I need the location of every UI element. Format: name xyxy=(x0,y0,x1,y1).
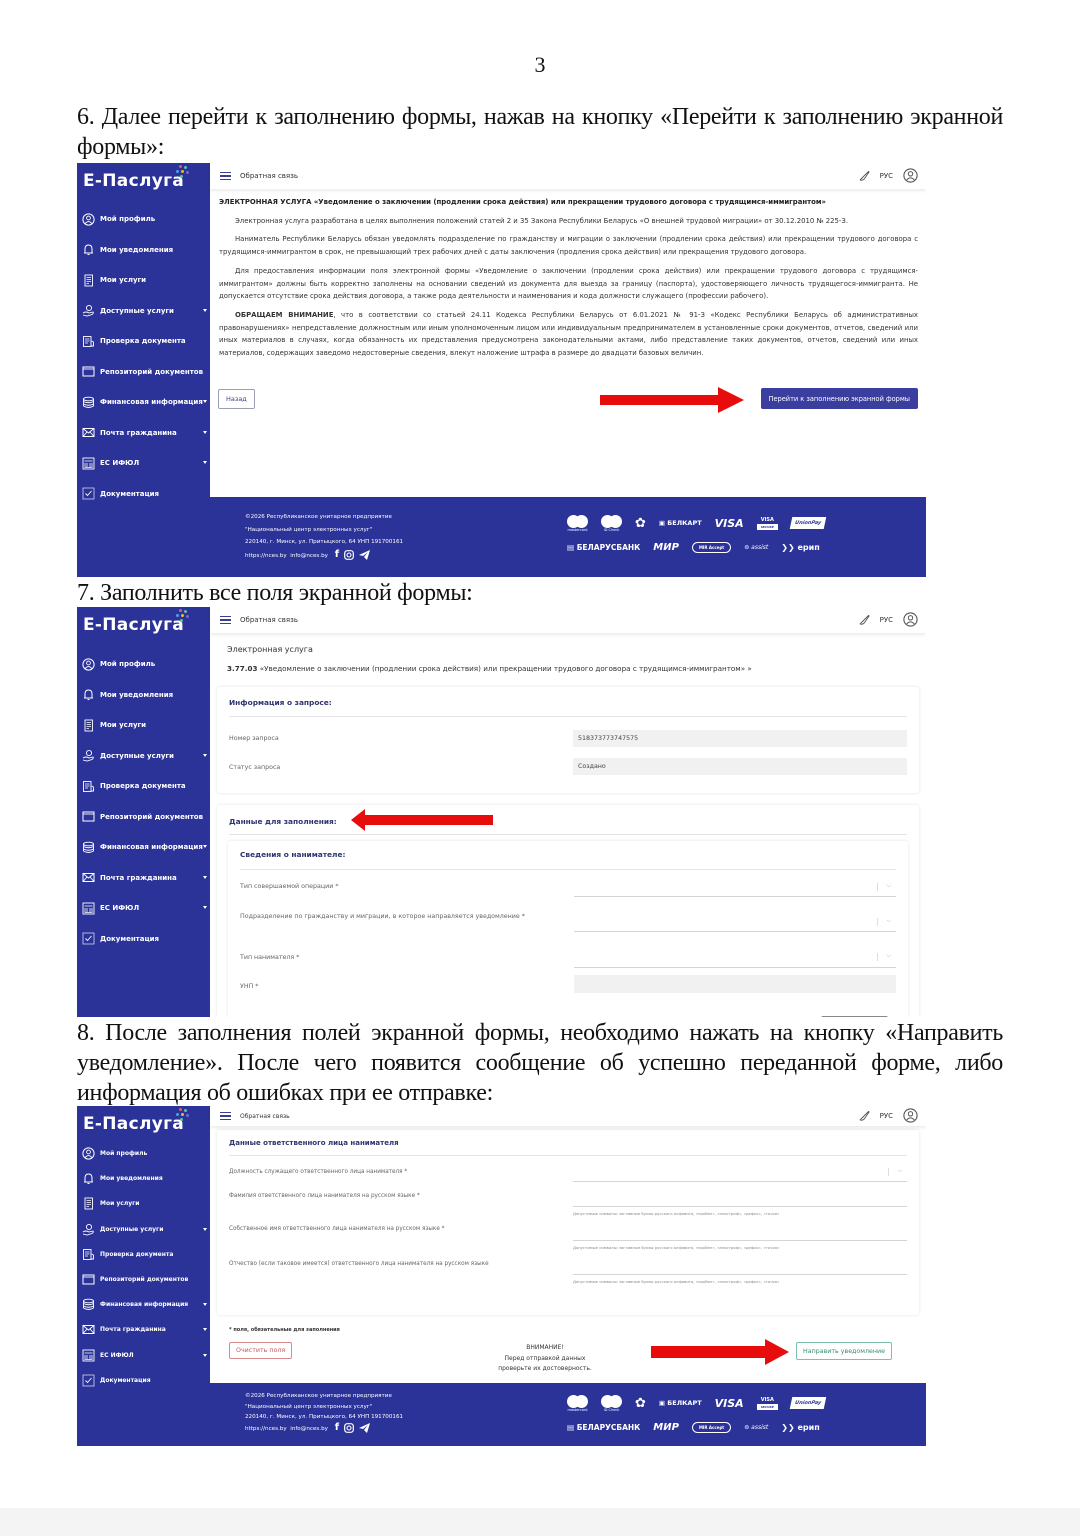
page-number: 3 xyxy=(0,52,1080,78)
sidebar-item-4[interactable]: Доступные услуги xyxy=(77,296,210,327)
sidebar-item-label: Мои уведомления xyxy=(100,691,173,699)
assist-logo: ⊜ assist xyxy=(744,544,768,551)
field-label: Подразделение по гражданству и миграции,… xyxy=(240,911,530,923)
sidebar-item-label: Доступные услуги xyxy=(100,752,174,760)
footer-org: ©2026 Республиканское унитарное предприя… xyxy=(245,1391,403,1402)
checkbox-icon xyxy=(82,1374,95,1387)
field-label: Тип нанимателя * xyxy=(240,952,299,964)
document-check-icon xyxy=(82,335,95,348)
mail-icon xyxy=(82,871,95,884)
logo[interactable]: Е-Паслуга xyxy=(83,615,184,635)
belkart-logo: ▣ БЕЛКАРТ xyxy=(659,1399,702,1407)
sidebar-item-label: Мои уведомления xyxy=(100,1175,163,1182)
employer-type-select[interactable] xyxy=(574,967,896,968)
field-label: Должность служащего ответственного лица … xyxy=(229,1166,407,1178)
language-switch[interactable]: РУС xyxy=(880,172,893,180)
sidebar-item-label: Мои услуги xyxy=(100,1200,140,1207)
fill-data-card: Данные для заполнения: Сведения о нанима… xyxy=(217,805,919,1017)
footer-email-link[interactable]: info@nces.by xyxy=(290,552,328,558)
sidebar-item-2[interactable]: Мои уведомления xyxy=(77,235,210,266)
footer-org-name: "Национальный центр электронных услуг" xyxy=(245,1402,403,1413)
mastercard-idcheck-logo: ID Check xyxy=(601,515,622,532)
main-content: Данные ответственного лица нанимателя До… xyxy=(210,1126,926,1383)
sidebar-item-1[interactable]: Мой профиль xyxy=(77,1141,210,1166)
sidebar-nav: Мой профильМои уведомленияМои услугиДост… xyxy=(77,1141,210,1393)
sidebar-item-label: ЕС ИФЮЛ xyxy=(100,1352,134,1359)
sidebar-nav: Мой профильМои уведомленияМои услугиДост… xyxy=(77,204,210,509)
hand-services-icon xyxy=(82,304,95,317)
accessibility-brush-icon[interactable] xyxy=(858,614,870,626)
chevron-down-icon[interactable]: ⌵ xyxy=(886,882,891,890)
caret-down-icon xyxy=(203,400,207,403)
field-label: УНП * xyxy=(240,981,258,993)
visa-logo: VISA xyxy=(715,1397,744,1410)
telegram-icon[interactable] xyxy=(359,1423,370,1433)
sidebar-item-label: Репозиторий документов xyxy=(100,1276,188,1283)
clear-request-button[interactable]: Очистить запрос xyxy=(821,1016,888,1017)
sidebar: Е-Паслуга Мой профильМои уведомленияМои … xyxy=(77,163,210,577)
registry-icon xyxy=(82,902,95,915)
caret-down-icon xyxy=(203,431,207,434)
caret-down-icon xyxy=(203,906,207,909)
belarusbank-logo: ▤ БЕЛАРУСБАНК xyxy=(567,1423,640,1432)
logo-dots-icon xyxy=(176,609,190,623)
unionpay-logo: UnionPay xyxy=(790,1397,827,1409)
hand-services-icon xyxy=(82,1223,95,1236)
sidebar-item-label: ЕС ИФЮЛ xyxy=(100,459,139,467)
screenshot-send: Е-Паслуга Мой профильМои уведомленияМои … xyxy=(77,1106,926,1446)
user-circle-icon xyxy=(82,1147,95,1160)
annotation-arrow-icon xyxy=(600,387,744,413)
chevron-down-icon[interactable]: ⌵ xyxy=(897,1167,902,1175)
belarusbank-logo: ▤ БЕЛАРУСБАНК xyxy=(567,543,640,552)
service-paragraph: Наниматель Республики Беларусь обязан ув… xyxy=(219,233,918,258)
step-8-text: 8. После заполнения полей экранной формы… xyxy=(77,1018,1003,1108)
sidebar-item-3[interactable]: Мои услуги xyxy=(77,710,210,741)
logo-dots-icon xyxy=(176,165,190,179)
mir-logo: МИР xyxy=(653,542,679,553)
sidebar-item-5[interactable]: Проверка документа xyxy=(77,771,210,802)
back-button[interactable]: Назад xyxy=(218,389,255,409)
sidebar-item-10[interactable]: Документация xyxy=(77,1368,210,1393)
user-account-icon[interactable] xyxy=(903,612,918,627)
sidebar-item-5[interactable]: Проверка документа xyxy=(77,1242,210,1267)
checkbox-icon xyxy=(82,932,95,945)
footer-info: ©2026 Республиканское унитарное предприя… xyxy=(245,511,403,562)
accessibility-brush-icon[interactable] xyxy=(858,170,870,182)
chevron-down-icon[interactable]: ⌵ xyxy=(886,917,891,925)
document-list-icon xyxy=(82,1197,95,1210)
sidebar-item-label: Мои услуги xyxy=(100,276,146,284)
sidebar-item-label: Почта гражданина xyxy=(100,429,177,437)
user-account-icon[interactable] xyxy=(903,1108,918,1123)
language-switch[interactable]: РУС xyxy=(880,616,893,624)
document-check-icon xyxy=(82,1248,95,1261)
sidebar-item-label: Почта гражданина xyxy=(100,1326,166,1333)
warning-text: проверьте их достоверность. xyxy=(480,1364,610,1375)
sidebar-item-7[interactable]: Финансовая информация xyxy=(77,832,210,863)
sidebar-item-label: Документация xyxy=(100,490,159,498)
sidebar-item-9[interactable]: ЕС ИФЮЛ xyxy=(77,1343,210,1368)
field-label: Тип совершаемой операции * xyxy=(240,881,338,893)
service-code: 3.77.03 xyxy=(227,664,257,673)
sidebar-item-3[interactable]: Мои услуги xyxy=(77,265,210,296)
service-name: «Уведомление о заключении (продлении сро… xyxy=(257,664,751,673)
caret-down-icon xyxy=(203,1228,207,1231)
chevron-down-icon[interactable]: ⌵ xyxy=(886,952,891,960)
eservice-title: 3.77.03 «Уведомление о заключении (продл… xyxy=(227,664,752,673)
screenshot-form: Е-Паслуга Мой профильМои уведомленияМои … xyxy=(77,607,926,1017)
belkart-logo: ▣ БЕЛКАРТ xyxy=(659,519,702,527)
bell-icon xyxy=(82,688,95,701)
sidebar-item-label: Документация xyxy=(100,935,159,943)
caret-down-icon xyxy=(203,845,207,848)
sidebar-item-6[interactable]: Репозиторий документов xyxy=(77,1267,210,1292)
card-title: Информация о запросе: xyxy=(229,698,332,707)
employer-card: Сведения о нанимателе: Тип совершаемой о… xyxy=(228,841,908,1017)
topbar: Обратная связь РУС xyxy=(210,163,926,189)
logo[interactable]: Е-Паслуга xyxy=(83,171,184,191)
main-content: Электронная услуга 3.77.03 «Уведомление … xyxy=(210,633,926,1017)
sidebar-nav: Мой профильМои уведомленияМои услугиДост… xyxy=(77,649,210,954)
first-name-input[interactable] xyxy=(573,1240,907,1241)
window-icon xyxy=(82,365,95,378)
operation-type-select[interactable] xyxy=(574,896,896,897)
sidebar-item-1[interactable]: Мой профиль xyxy=(77,649,210,680)
send-notification-button[interactable]: Направить уведомление xyxy=(796,1342,892,1360)
screenshot-service-info: Е-Паслуга Мой профильМои уведомленияМои … xyxy=(77,163,926,577)
sidebar-item-label: Финансовая информация xyxy=(100,1301,188,1308)
step-6-text: 6. Далее перейти к заполнению формы, наж… xyxy=(77,102,1003,162)
request-number-field: 518373773747575 xyxy=(573,730,907,747)
sidebar-item-9[interactable]: ЕС ИФЮЛ xyxy=(77,448,210,479)
mail-icon xyxy=(82,426,95,439)
field-label: Номер запроса xyxy=(229,733,279,745)
database-icon xyxy=(82,1298,95,1311)
sidebar-item-label: Мои уведомления xyxy=(100,246,173,254)
hand-services-icon xyxy=(82,749,95,762)
sidebar-item-10[interactable]: Документация xyxy=(77,479,210,510)
caret-down-icon xyxy=(203,754,207,757)
sidebar-item-3[interactable]: Мои услуги xyxy=(77,1191,210,1216)
database-icon xyxy=(82,396,95,409)
sidebar-item-8[interactable]: Почта гражданина xyxy=(77,418,210,449)
facebook-icon[interactable]: f xyxy=(335,1423,339,1434)
field-label: Отчество (если таковое имеется) ответств… xyxy=(229,1258,549,1270)
sidebar-item-10[interactable]: Документация xyxy=(77,924,210,955)
mastercard-logo: mastercard xyxy=(567,1395,588,1412)
required-fields-note: * поля, обязательные для заполнения xyxy=(229,1327,340,1333)
footer: ©2026 Республиканское унитарное предприя… xyxy=(210,497,926,577)
migration-unit-select[interactable] xyxy=(574,931,896,932)
sidebar-item-5[interactable]: Проверка документа xyxy=(77,326,210,357)
sidebar-item-label: Мои услуги xyxy=(100,721,146,729)
annotation-arrow-icon xyxy=(651,1339,789,1365)
warning-message: ВНИМАНИЕ! Перед отправкой данных проверь… xyxy=(480,1343,610,1375)
mir-accept-logo: MIR Accept xyxy=(692,542,731,553)
sidebar-item-label: Репозиторий документов xyxy=(100,368,203,376)
position-select[interactable] xyxy=(573,1181,907,1182)
user-circle-icon xyxy=(82,213,95,226)
sidebar-item-label: ЕС ИФЮЛ xyxy=(100,904,139,912)
surname-input[interactable] xyxy=(573,1206,907,1207)
sidebar-item-8[interactable]: Почта гражданина xyxy=(77,1317,210,1342)
sidebar-item-label: Доступные услуги xyxy=(100,1226,163,1233)
user-account-icon[interactable] xyxy=(903,168,918,183)
menu-icon[interactable] xyxy=(220,1112,231,1120)
service-heading: ЭЛЕКТРОННАЯ УСЛУГА «Уведомление о заключ… xyxy=(219,196,918,209)
sidebar-item-4[interactable]: Доступные услуги xyxy=(77,1217,210,1242)
caret-down-icon xyxy=(203,876,207,879)
attention-label: ОБРАЩАЕМ ВНИМАНИЕ xyxy=(235,311,333,319)
assist-logo: ⊜ assist xyxy=(744,1424,768,1431)
sidebar-item-7[interactable]: Финансовая информация xyxy=(77,387,210,418)
field-hint: Допустимые символы: заглавные буквы русс… xyxy=(573,1211,779,1216)
request-status-field: Создано xyxy=(573,758,907,775)
sidebar-item-9[interactable]: ЕС ИФЮЛ xyxy=(77,893,210,924)
menu-icon[interactable] xyxy=(220,616,231,624)
mir-logo: МИР xyxy=(653,1422,679,1433)
accessibility-brush-icon[interactable] xyxy=(858,1110,870,1122)
sidebar-item-2[interactable]: Мои уведомления xyxy=(77,1166,210,1191)
checkbox-icon xyxy=(82,487,95,500)
attention-paragraph: ОБРАЩАЕМ ВНИМАНИЕ, что в соответствии со… xyxy=(219,309,918,360)
document-list-icon xyxy=(82,719,95,732)
card-title: Данные ответственного лица нанимателя xyxy=(229,1139,399,1147)
sidebar-item-label: Мой профиль xyxy=(100,660,155,668)
mail-icon xyxy=(82,1323,95,1336)
footer-org: ©2026 Республиканское унитарное предприя… xyxy=(245,511,403,524)
field-label: Фамилия ответственного лица нанимателя н… xyxy=(229,1190,420,1202)
sidebar: Е-Паслуга Мой профильМои уведомленияМои … xyxy=(77,1106,210,1446)
document-check-icon xyxy=(82,780,95,793)
warning-title: ВНИМАНИЕ! xyxy=(480,1343,610,1354)
sidebar-item-label: Документация xyxy=(100,1377,151,1384)
telegram-icon[interactable] xyxy=(359,550,370,560)
footer-org-name: "Национальный центр электронных услуг" xyxy=(245,524,403,537)
page-bottom-bar xyxy=(0,1508,1080,1536)
feedback-link[interactable]: Обратная связь xyxy=(240,616,298,624)
sidebar-item-label: Проверка документа xyxy=(100,337,186,345)
sidebar-item-7[interactable]: Финансовая информация xyxy=(77,1292,210,1317)
footer-site-link[interactable]: https://nces.by xyxy=(245,1425,287,1431)
footer: ©2026 Республиканское унитарное предприя… xyxy=(210,1383,926,1446)
footer-info: ©2026 Республиканское унитарное предприя… xyxy=(245,1391,403,1434)
field-label: Собственное имя ответственного лица нани… xyxy=(229,1223,444,1235)
user-circle-icon xyxy=(82,658,95,671)
unionpay-logo: UnionPay xyxy=(790,517,827,529)
unp-input[interactable] xyxy=(574,975,896,993)
language-switch[interactable]: РУС xyxy=(880,1112,893,1120)
go-to-form-button[interactable]: Перейти к заполнению экранной формы xyxy=(761,388,918,409)
menu-icon[interactable] xyxy=(220,172,231,180)
clear-fields-button[interactable]: Очистить поля xyxy=(229,1342,292,1359)
belkart-flower-logo: ✿ xyxy=(635,1396,646,1411)
sidebar-item-label: Финансовая информация xyxy=(100,843,203,851)
sidebar-item-label: Финансовая информация xyxy=(100,398,203,406)
sidebar-item-label: Мой профиль xyxy=(100,215,155,223)
caret-down-icon xyxy=(203,1328,207,1331)
sidebar-item-label: Мой профиль xyxy=(100,1150,147,1157)
erip-logo: ❯❯ ерип xyxy=(781,543,819,552)
logo[interactable]: Е-Паслуга xyxy=(83,1114,184,1134)
sidebar-item-1[interactable]: Мой профиль xyxy=(77,204,210,235)
sidebar-item-label: Почта гражданина xyxy=(100,874,177,882)
eservice-label: Электронная услуга xyxy=(227,645,313,654)
visa-secure-logo: VISASECURE xyxy=(757,517,778,530)
payment-logos: mastercardID Check✿▣ БЕЛКАРТVISAVISASECU… xyxy=(567,1391,842,1439)
sidebar-item-8[interactable]: Почта гражданина xyxy=(77,863,210,894)
document-list-icon xyxy=(82,274,95,287)
main-content: ЭЛЕКТРОННАЯ УСЛУГА «Уведомление о заключ… xyxy=(210,189,926,495)
sidebar-item-label: Репозиторий документов xyxy=(100,813,203,821)
field-label: Статус запроса xyxy=(229,762,280,774)
service-paragraph: Электронная услуга разработана в целях в… xyxy=(219,215,918,228)
field-hint: Допустимые символы: заглавные буквы русс… xyxy=(573,1245,779,1250)
erip-logo: ❯❯ ерип xyxy=(781,1423,819,1432)
sidebar-item-4[interactable]: Доступные услуги xyxy=(77,741,210,772)
sidebar-item-6[interactable]: Репозиторий документов xyxy=(77,802,210,833)
mastercard-idcheck-logo: ID Check xyxy=(601,1395,622,1412)
patronymic-input[interactable] xyxy=(573,1274,907,1275)
payment-logos: mastercardID Check✿▣ БЕЛКАРТVISAVISASECU… xyxy=(567,511,842,559)
sidebar-item-label: Доступные услуги xyxy=(100,307,174,315)
sidebar: Е-Паслуга Мой профильМои уведомленияМои … xyxy=(77,607,210,1017)
feedback-link[interactable]: Обратная связь xyxy=(240,172,298,180)
caret-down-icon xyxy=(203,1303,207,1306)
topbar: Обратная связь РУС xyxy=(210,1106,926,1126)
visa-secure-logo: VISASECURE xyxy=(757,1397,778,1410)
bell-icon xyxy=(82,1172,95,1185)
sidebar-item-label: Проверка документа xyxy=(100,782,186,790)
visa-logo: VISA xyxy=(715,517,744,530)
registry-icon xyxy=(82,1349,95,1362)
mastercard-logo: mastercard xyxy=(567,515,588,532)
service-paragraph: Для предоставления информации поля элект… xyxy=(219,265,918,303)
card-title: Сведения о нанимателе: xyxy=(240,850,345,859)
logo-dots-icon xyxy=(176,1108,190,1122)
sidebar-item-2[interactable]: Мои уведомления xyxy=(77,680,210,711)
caret-down-icon xyxy=(203,461,207,464)
step-7-text: 7. Заполнить все поля экранной формы: xyxy=(77,578,1003,608)
belkart-flower-logo: ✿ xyxy=(635,516,646,531)
topbar: Обратная связь РУС xyxy=(210,607,926,633)
database-icon xyxy=(82,841,95,854)
sidebar-item-6[interactable]: Репозиторий документов xyxy=(77,357,210,388)
footer-address: 220140, г. Минск, ул. Притыцкого, 64 УНП… xyxy=(245,536,403,549)
facebook-icon[interactable]: f xyxy=(335,549,339,562)
feedback-link[interactable]: Обратная связь xyxy=(240,1113,290,1120)
instagram-icon[interactable] xyxy=(344,1423,354,1433)
footer-address: 220140, г. Минск, ул. Притыцкого, 64 УНП… xyxy=(245,1412,403,1423)
request-info-card: Информация о запросе: Номер запроса 5183… xyxy=(217,687,919,793)
instagram-icon[interactable] xyxy=(344,550,354,560)
sidebar-item-label: Проверка документа xyxy=(100,1251,173,1258)
warning-text: Перед отправкой данных xyxy=(480,1354,610,1365)
caret-down-icon xyxy=(203,309,207,312)
window-icon xyxy=(82,810,95,823)
caret-down-icon xyxy=(203,1354,207,1357)
responsible-person-card: Данные ответственного лица нанимателя До… xyxy=(217,1130,919,1315)
footer-site-link[interactable]: https://nces.by xyxy=(245,552,287,558)
window-icon xyxy=(82,1273,95,1286)
card-title: Данные для заполнения: xyxy=(229,817,337,826)
footer-email-link[interactable]: info@nces.by xyxy=(290,1425,328,1431)
field-hint: Допустимые символы: заглавные буквы русс… xyxy=(573,1279,779,1284)
bell-icon xyxy=(82,243,95,256)
registry-icon xyxy=(82,457,95,470)
annotation-arrow-icon xyxy=(351,809,493,831)
mir-accept-logo: MIR Accept xyxy=(692,1422,731,1433)
